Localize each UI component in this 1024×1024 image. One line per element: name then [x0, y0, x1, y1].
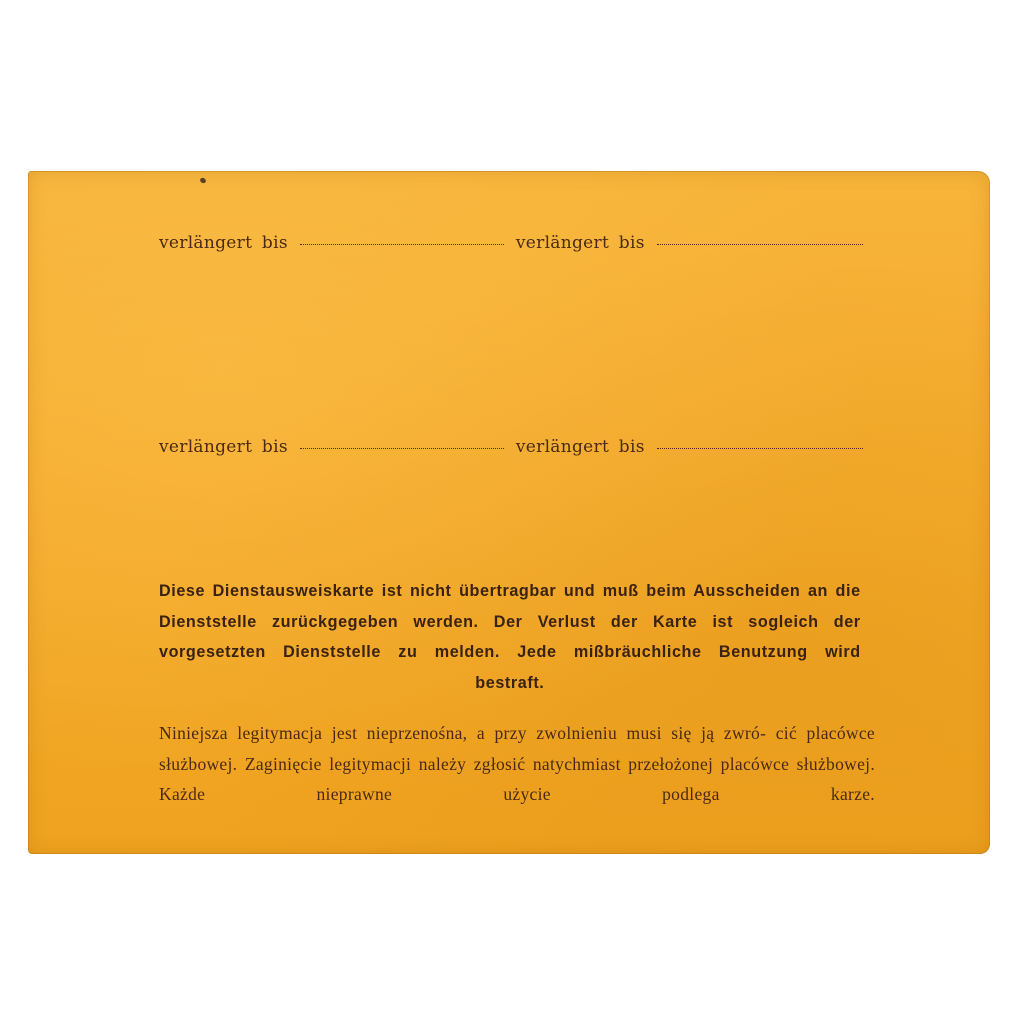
extension-row-2: verlängert bis verlängert bis [159, 437, 875, 457]
extension-label: verlängert bis [159, 437, 288, 457]
extension-date-field [657, 243, 863, 245]
polish-notice: Niniejsza legitymacja jest nieprzenośna,… [159, 718, 875, 810]
german-notice: Diese Dienstausweiskarte ist nicht übert… [159, 576, 861, 698]
extension-date-field [657, 447, 863, 449]
service-id-card-back: verlängert bis verlängert bis verlängert… [28, 171, 990, 854]
extension-label: verlängert bis [159, 233, 288, 253]
extension-label: verlängert bis [516, 437, 645, 457]
extension-label: verlängert bis [516, 233, 645, 253]
extension-row-1: verlängert bis verlängert bis [159, 233, 875, 253]
paper-blemish [199, 177, 207, 184]
extension-date-field [300, 243, 504, 245]
extension-date-field [300, 447, 504, 449]
